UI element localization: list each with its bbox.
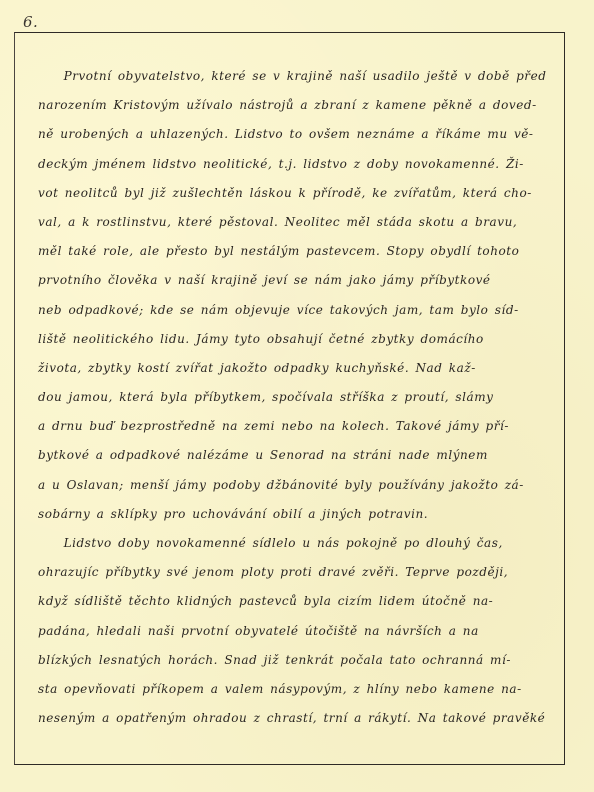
text-line: deckým jménem lidstvo neolitické, t.j. l… xyxy=(38,150,550,179)
text-line: Prvotní obyvatelstvo, které se v krajině… xyxy=(38,62,550,91)
text-line: neb odpadkové; kde se nám objevuje více … xyxy=(38,296,550,325)
paragraph-2: Lidstvo doby novokamenné sídlelo u nás p… xyxy=(38,529,558,733)
text-line: života, zbytky kostí zvířat jakožto odpa… xyxy=(38,354,550,383)
handwritten-text-body: Prvotní obyvatelstvo, které se v krajině… xyxy=(38,62,558,733)
text-line: a u Oslavan; menší jámy podoby džbánovit… xyxy=(38,471,550,500)
text-line: blízkých lesnatých horách. Snad již tenk… xyxy=(38,646,550,675)
text-line: val, a k rostlinstvu, které pěstoval. Ne… xyxy=(38,208,550,237)
text-line: prvotního člověka v naší krajině jeví se… xyxy=(38,266,550,295)
text-line: padána, hledali naši prvotní obyvatelé ú… xyxy=(38,617,550,646)
text-line: bytkové a odpadkové nalézáme u Senorad n… xyxy=(38,441,550,470)
text-line: neseným a opatřeným ohradou z chrastí, t… xyxy=(38,704,550,733)
text-line: když sídliště těchto klidných pastevců b… xyxy=(38,587,550,616)
text-line: sta opevňovati příkopem a valem násypový… xyxy=(38,675,550,704)
text-line: a drnu buď bezprostředně na zemi nebo na… xyxy=(38,412,550,441)
text-line: ně urobených a uhlazených. Lidstvo to ov… xyxy=(38,120,550,149)
text-line: sobárny a sklípky pro uchovávání obilí a… xyxy=(38,500,550,529)
text-line: měl také role, ale přesto byl nestálým p… xyxy=(38,237,550,266)
text-line: Lidstvo doby novokamenné sídlelo u nás p… xyxy=(38,529,550,558)
text-line: ohrazujíc příbytky své jenom ploty proti… xyxy=(38,558,550,587)
text-line: dou jamou, která byla příbytkem, spočíva… xyxy=(38,383,550,412)
text-line: narozením Kristovým užívalo nástrojů a z… xyxy=(38,91,550,120)
paragraph-1: Prvotní obyvatelstvo, které se v krajině… xyxy=(38,62,558,529)
text-line: vot neolitců byl již zušlechtěn láskou k… xyxy=(38,179,550,208)
text-line: liště neolitického lidu. Jámy tyto obsah… xyxy=(38,325,550,354)
page-number: 6. xyxy=(23,13,38,31)
